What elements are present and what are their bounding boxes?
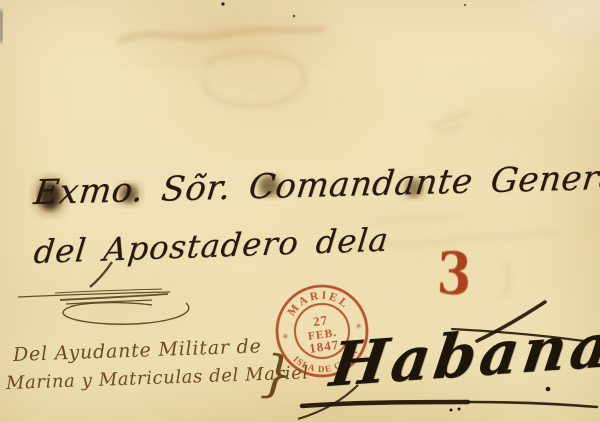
- cover-sheet: MARIEL ISLA DE CUBA 27 FEB. 1847 ✳ ✳ 3 E…: [0, 0, 600, 422]
- postmark-day: 27: [312, 312, 329, 329]
- left-edge-mark: [0, 10, 3, 42]
- postmark-ornament-left-icon: ✳: [281, 332, 289, 342]
- rate-mark: 3: [436, 239, 472, 308]
- paper-specks: [221, 2, 466, 17]
- sender-brace: }: [259, 344, 295, 404]
